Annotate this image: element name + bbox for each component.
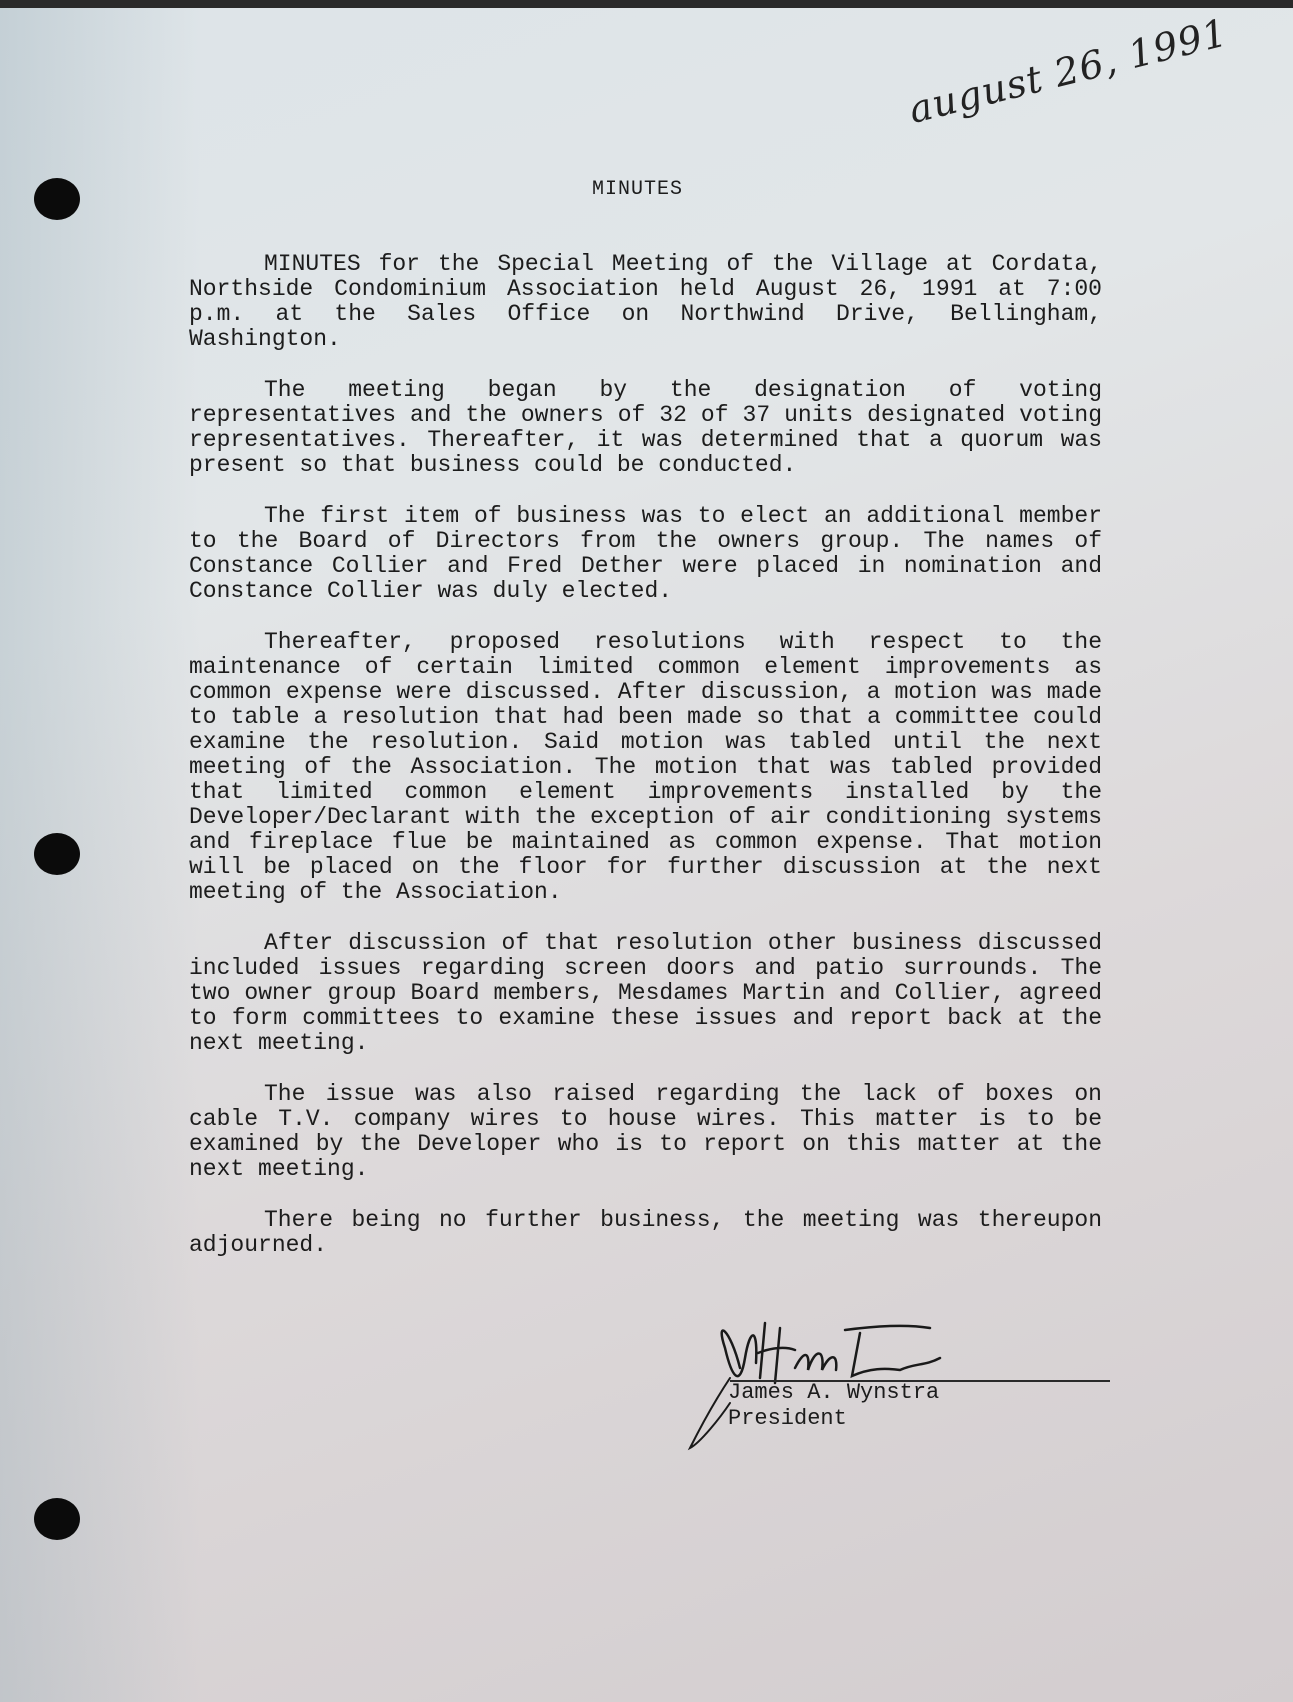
paragraph-cable-tv: The issue was also raised regarding the … bbox=[189, 1082, 1102, 1182]
document-page: august 26, 1991 MINUTES MINUTES for the … bbox=[0, 8, 1293, 1702]
paragraph-intro: MINUTES for the Special Meeting of the V… bbox=[189, 252, 1102, 352]
binder-hole bbox=[34, 178, 80, 220]
binder-hole bbox=[34, 1498, 80, 1540]
paragraph-adjourned: There being no further business, the mee… bbox=[189, 1208, 1102, 1258]
binder-hole bbox=[34, 833, 80, 875]
paragraph-resolutions: Thereafter, proposed resolutions with re… bbox=[189, 630, 1102, 905]
document-body: MINUTES for the Special Meeting of the V… bbox=[189, 252, 1102, 1284]
document-title: MINUTES bbox=[592, 178, 683, 201]
signatory-title: President bbox=[728, 1406, 847, 1431]
paragraph-election: The first item of business was to elect … bbox=[189, 504, 1102, 604]
paragraph-other-business: After discussion of that resolution othe… bbox=[189, 931, 1102, 1056]
signatory-name: James A. Wynstra bbox=[728, 1380, 939, 1405]
handwritten-date: august 26, 1991 bbox=[904, 10, 1232, 132]
paragraph-quorum: The meeting began by the designation of … bbox=[189, 378, 1102, 478]
signature-block: James A. Wynstra President bbox=[670, 1308, 1110, 1468]
